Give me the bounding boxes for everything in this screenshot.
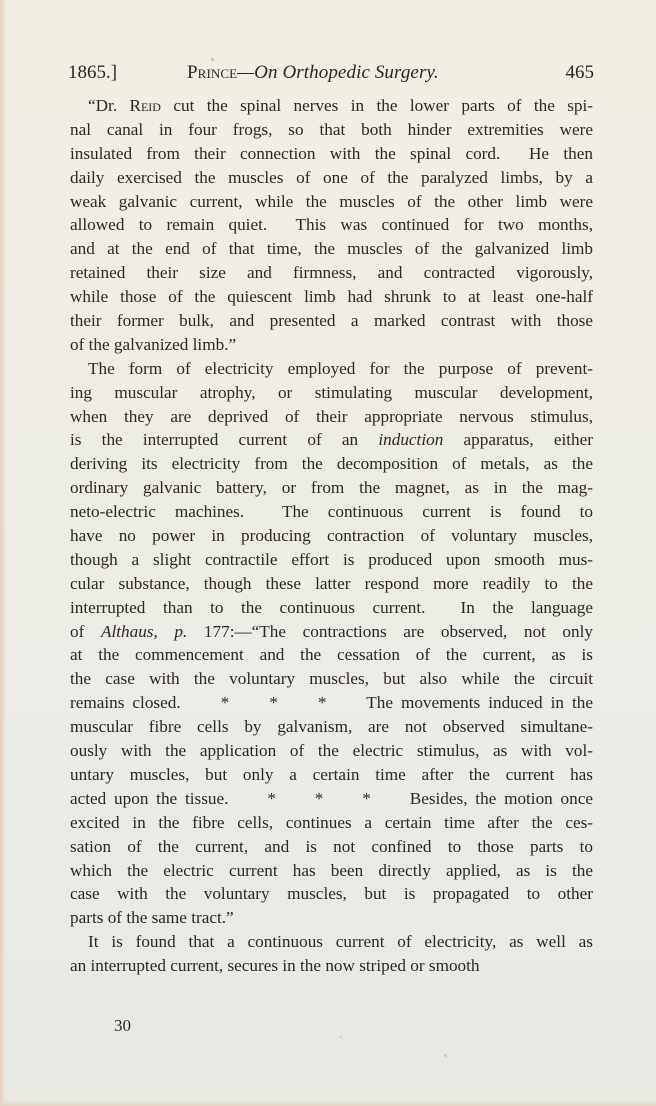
header-separator: — bbox=[237, 62, 254, 83]
header-author: Prince bbox=[187, 62, 237, 83]
page-edge-bottom bbox=[0, 1100, 656, 1106]
text-line: excited in the fibre cells, continues a … bbox=[70, 811, 593, 835]
page-number: 465 bbox=[566, 62, 595, 84]
text-line: the case with the voluntary muscles, but… bbox=[70, 667, 593, 691]
text-line: have no power in producing contraction o… bbox=[70, 524, 593, 548]
text-line: acted upon the tissue. * * * Besides, th… bbox=[70, 787, 593, 811]
italic-text: Althaus, p. bbox=[101, 622, 187, 641]
text-line: muscular fibre cells by galvanism, are n… bbox=[70, 715, 593, 739]
text-line: interrupted than to the continuous curre… bbox=[70, 596, 593, 620]
text-line: at the commencement and the cessation of… bbox=[70, 643, 593, 667]
text-line: of the galvanized limb.” bbox=[70, 333, 593, 357]
text-line: “Dr. Reid cut the spinal nerves in the l… bbox=[70, 94, 593, 118]
text-line: weak galvanic current, while the muscles… bbox=[70, 190, 593, 214]
italic-text: induction bbox=[378, 430, 443, 449]
text-line: daily exercised the muscles of one of th… bbox=[70, 166, 593, 190]
paper-speck bbox=[444, 1054, 447, 1057]
text-line: The form of electricity employed for the… bbox=[70, 357, 593, 381]
header-title: Prince—On Orthopedic Surgery. bbox=[187, 62, 439, 84]
text-line: their former bulk, and presented a marke… bbox=[70, 309, 593, 333]
text-line: when they are deprived of their appropri… bbox=[70, 405, 593, 429]
text-line: ordinary galvanic battery, or from the m… bbox=[70, 476, 593, 500]
paragraph-reid-quote: “Dr. Reid cut the spinal nerves in the l… bbox=[70, 94, 593, 357]
body-text: “Dr. Reid cut the spinal nerves in the l… bbox=[70, 94, 593, 978]
text-line: and at the end of that time, the muscles… bbox=[70, 237, 593, 261]
text-line: allowed to remain quiet. This was contin… bbox=[70, 213, 593, 237]
text-line: untary muscles, but only a certain time … bbox=[70, 763, 593, 787]
text-line: ing muscular atrophy, or stimulating mus… bbox=[70, 381, 593, 405]
signature-mark: 30 bbox=[114, 1016, 131, 1036]
text-line: case with the voluntary muscles, but is … bbox=[70, 882, 593, 906]
running-head: 1865.] Prince—On Orthopedic Surgery. 465 bbox=[68, 62, 594, 88]
text-line: sation of the current, and is not confin… bbox=[70, 835, 593, 859]
paragraph-continuous-current: It is found that a continuous current of… bbox=[70, 930, 593, 978]
text-line: parts of the same tract.” bbox=[70, 906, 593, 930]
text-line: is the interrupted current of an inducti… bbox=[70, 428, 593, 452]
text-line: insulated from their connection with the… bbox=[70, 142, 593, 166]
text-line: remains closed. * * * The movements indu… bbox=[70, 691, 593, 715]
text-line: deriving its electricity from the decomp… bbox=[70, 452, 593, 476]
text-line: cular substance, though these latter res… bbox=[70, 572, 593, 596]
page-edge-left bbox=[0, 0, 6, 1106]
text-line: ously with the application of the electr… bbox=[70, 739, 593, 763]
text-line: nal canal in four frogs, so that both hi… bbox=[70, 118, 593, 142]
header-year: 1865.] bbox=[68, 62, 117, 84]
text-line: retained their size and firmness, and co… bbox=[70, 261, 593, 285]
paper-speck bbox=[211, 58, 214, 61]
text-line: which the electric current has been dire… bbox=[70, 859, 593, 883]
paragraph-form-of-electricity: The form of electricity employed for the… bbox=[70, 357, 593, 930]
text-line: of Althaus, p. 177:—“The contractions ar… bbox=[70, 620, 593, 644]
text-line: It is found that a continuous current of… bbox=[70, 930, 593, 954]
text-line: while those of the quiescent limb had sh… bbox=[70, 285, 593, 309]
book-page: 1865.] Prince—On Orthopedic Surgery. 465… bbox=[0, 0, 656, 1106]
text-line: though a slight contractile effort is pr… bbox=[70, 548, 593, 572]
small-caps-name: Reid bbox=[130, 96, 161, 115]
paper-speck bbox=[340, 1036, 342, 1038]
header-article-title: On Orthopedic Surgery. bbox=[254, 62, 439, 83]
text-line: neto-electric machines. The continuous c… bbox=[70, 500, 593, 524]
text-line: an interrupted current, secures in the n… bbox=[70, 954, 593, 978]
